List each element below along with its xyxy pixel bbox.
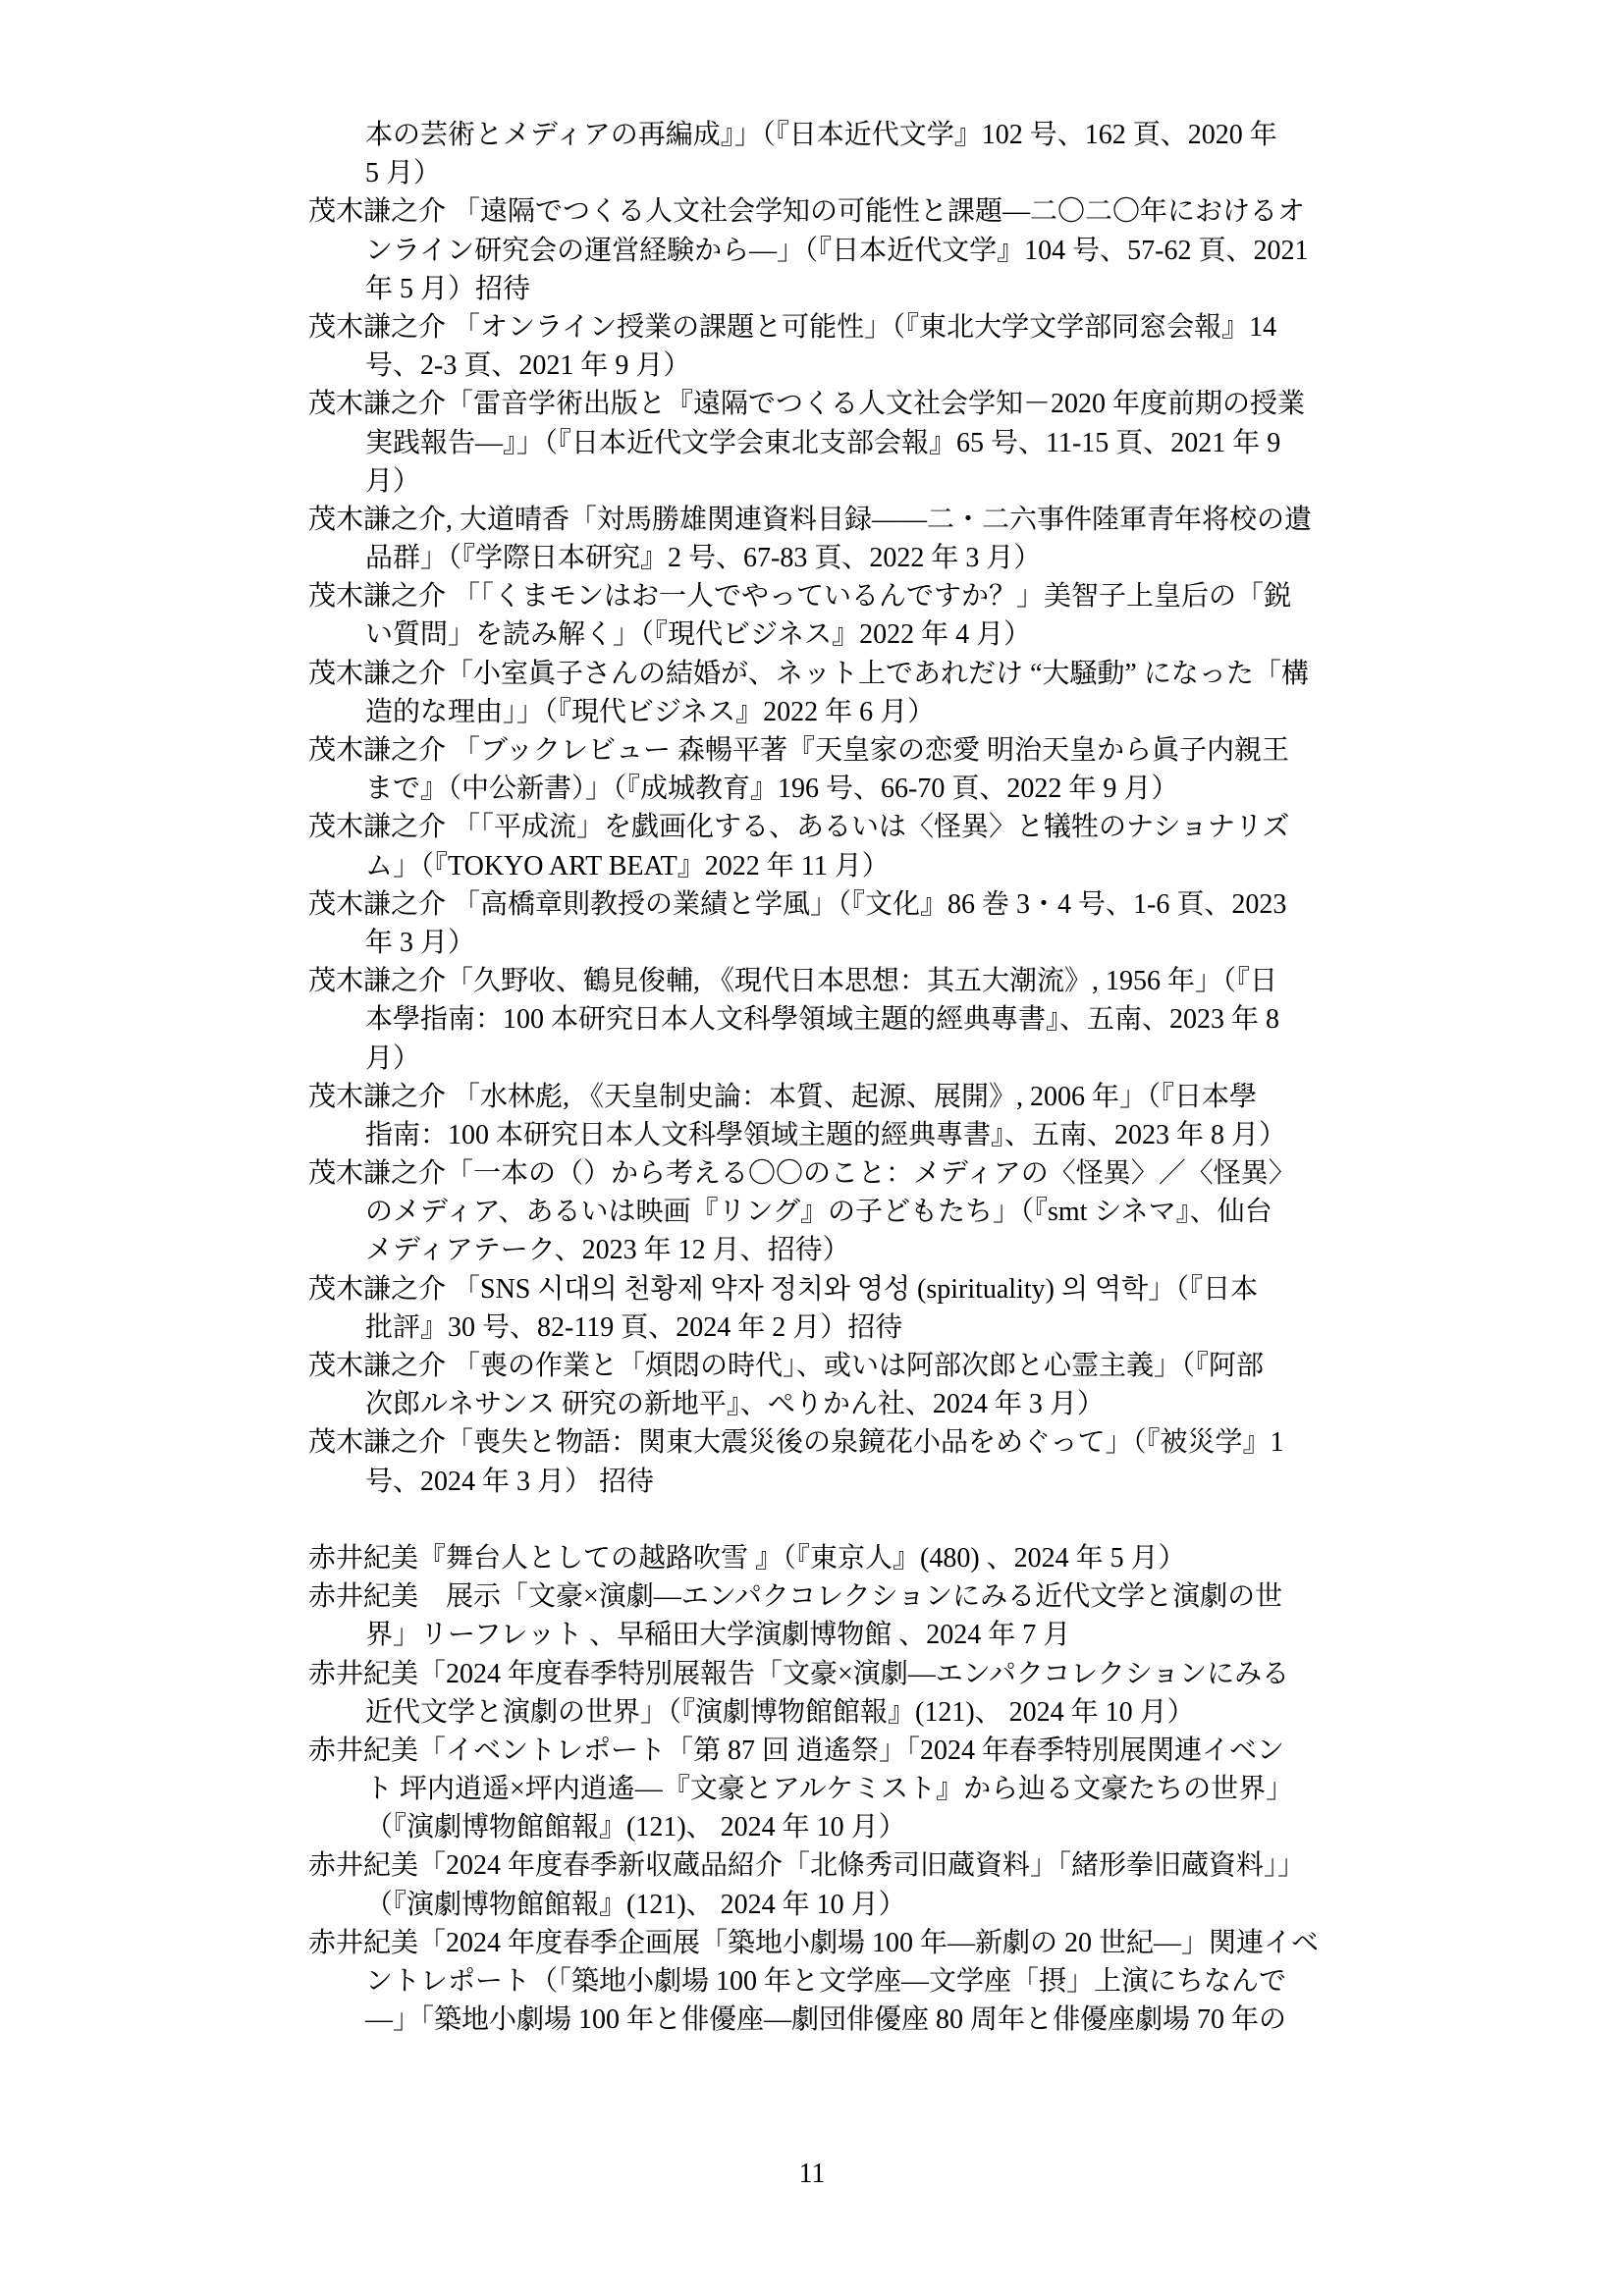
bibliography-entry: 茂木謙之介 「SNS 시대의 천황제 약자 정치와 영성 (spirituali… [308,1270,1394,1347]
bibliography-entry: 茂木謙之介 「遠隔でつくる人文社会学知の可能性と課題―二〇二〇年におけるオ ンラ… [308,192,1394,308]
entry-line: 赤井紀美『舞台人としての越路吹雪 』（『東京人』(480) 、2024 年 5 … [308,1539,1394,1577]
entry-line: 赤井紀美「2024 年度春季特別展報告「文豪×演劇―エンパクコレクションにみる [308,1655,1394,1693]
document-page: 本の芸術とメディアの再編成』」（『日本近代文学』102 号、162 頁、2020… [0,0,1624,2296]
entry-line: 号、2-3 頁、2021 年 9 月） [308,347,1394,385]
bibliography-entry: 本の芸術とメディアの再編成』」（『日本近代文学』102 号、162 頁、2020… [308,116,1394,192]
entry-line: 茂木謙之介 「「平成流」を戯画化する、あるいは〈怪異〉と犠牲のナショナリズ [308,808,1394,846]
entry-line: （『演劇博物館館報』(121)、 2024 年 10 月） [308,1886,1394,1924]
entry-line: 月） [308,1040,1394,1078]
entry-line: 茂木謙之介「喪失と物語：関東大震災後の泉鏡花小品をめぐって」（『被災学』1 [308,1423,1394,1462]
entry-line: 茂木謙之介, 大道晴香「対馬勝雄関連資料目録――二・二六事件陸軍青年将校の遺 [308,501,1394,539]
entry-line: （『演劇博物館館報』(121)、 2024 年 10 月） [308,1808,1394,1846]
entry-line: 茂木謙之介 「高橋章則教授の業績と学風」（『文化』86 巻 3・4 号、1-6 … [308,885,1394,924]
bibliography-entry: 茂木謙之介 「高橋章則教授の業績と学風」（『文化』86 巻 3・4 号、1-6 … [308,885,1394,962]
entry-line: 赤井紀美「2024 年度春季新収蔵品紹介「北條秀司旧蔵資料」「緒形拳旧蔵資料」」 [308,1846,1394,1885]
entry-line: 赤井紀美「2024 年度春季企画展「築地小劇場 100 年―新劇の 20 世紀―… [308,1924,1394,1962]
entry-line: 茂木謙之介 「「くまモンはお一人でやっているんですか？」美智子上皇后の「鋭 [308,577,1394,615]
bibliography-entry: 茂木謙之介 「水林彪, 《天皇制史論：本質、起源、展開》, 2006 年」（『日… [308,1078,1394,1154]
bibliography-entry: 茂木謙之介 「「平成流」を戯画化する、あるいは〈怪異〉と犠牲のナショナリズ ム」… [308,808,1394,884]
entry-line: 赤井紀美「イベントレポート「第 87 回 逍遙祭」「2024 年春季特別展関連イ… [308,1732,1394,1770]
entry-line: 茂木謙之介「一本の（）から考える〇〇のこと：メディアの〈怪異〉／〈怪異〉 [308,1154,1394,1193]
entry-line: 月） [308,462,1394,501]
entry-line: ―」「築地小劇場 100 年と俳優座―劇団俳優座 80 周年と俳優座劇場 70 … [308,2001,1394,2039]
bibliography-entry: 赤井紀美「イベントレポート「第 87 回 逍遙祭」「2024 年春季特別展関連イ… [308,1732,1394,1847]
entry-line: ントレポート（「築地小劇場 100 年と文学座―文学座「摂」上演にちなんで [308,1962,1394,2001]
entry-line: 茂木謙之介「小室眞子さんの結婚が、ネット上であれだけ “大騒動” になった「構 [308,655,1394,693]
entry-line: 茂木謙之介 「水林彪, 《天皇制史論：本質、起源、展開》, 2006 年」（『日… [308,1078,1394,1116]
bibliography-entry: 茂木謙之介「喪失と物語：関東大震災後の泉鏡花小品をめぐって」（『被災学』1 号、… [308,1423,1394,1500]
bibliography-entry: 赤井紀美「2024 年度春季新収蔵品紹介「北條秀司旧蔵資料」「緒形拳旧蔵資料」」… [308,1846,1394,1923]
entry-line: 批評』30 号、82-119 頁、2024 年 2 月）招待 [308,1308,1394,1347]
entry-line: まで』（中公新書）」（『成城教育』196 号、66-70 頁、2022 年 9 … [308,770,1394,808]
bibliography-entry: 茂木謙之介 「オンライン授業の課題と可能性」（『東北大学文学部同窓会報』14 号… [308,308,1394,385]
entry-line: ト 坪内逍遥×坪内逍遙―『文豪とアルケミスト』から辿る文豪たちの世界」 [308,1770,1394,1808]
bibliography-entry: 茂木謙之介「一本の（）から考える〇〇のこと：メディアの〈怪異〉／〈怪異〉 のメデ… [308,1154,1394,1270]
bibliography-list: 本の芸術とメディアの再編成』」（『日本近代文学』102 号、162 頁、2020… [308,116,1394,2039]
entry-line: メディアテーク、2023 年 12 月、招待） [308,1231,1394,1269]
entry-line: ム」（『TOKYO ART BEAT』2022 年 11 月） [308,847,1394,885]
bibliography-entry: 茂木謙之介「雷音学術出版と『遠隔でつくる人文社会学知－2020 年度前期の授業 … [308,385,1394,501]
entry-line: 茂木謙之介 「ブックレビュー 森暢平著『天皇家の恋愛 明治天皇から眞子内親王 [308,731,1394,770]
bibliography-entry: 赤井紀美『舞台人としての越路吹雪 』（『東京人』(480) 、2024 年 5 … [308,1539,1394,1577]
entry-line: ンライン研究会の運営経験から―」（『日本近代文学』104 号、57-62 頁、2… [308,232,1394,270]
bibliography-entry: 赤井紀美 展示「文豪×演劇―エンパクコレクションにみる近代文学と演劇の世 界」リ… [308,1577,1394,1654]
entry-line: 年 5 月）招待 [308,270,1394,308]
entry-line: 品群」（『学際日本研究』2 号、67-83 頁、2022 年 3 月） [308,539,1394,577]
bibliography-entry: 茂木謙之介 「「くまモンはお一人でやっているんですか？」美智子上皇后の「鋭 い質… [308,577,1394,654]
bibliography-entry: 茂木謙之介 「ブックレビュー 森暢平著『天皇家の恋愛 明治天皇から眞子内親王 ま… [308,731,1394,808]
entry-line: 茂木謙之介 「遠隔でつくる人文社会学知の可能性と課題―二〇二〇年におけるオ [308,192,1394,231]
entry-line: 近代文学と演劇の世界」（『演劇博物館館報』(121)、 2024 年 10 月） [308,1693,1394,1732]
bibliography-entry: 茂木謙之介 「喪の作業と「煩悶の時代」、或いは阿部次郎と心霊主義」（『阿部 次郎… [308,1347,1394,1423]
entry-line: 赤井紀美 展示「文豪×演劇―エンパクコレクションにみる近代文学と演劇の世 [308,1577,1394,1616]
entry-line: 茂木謙之介 「オンライン授業の課題と可能性」（『東北大学文学部同窓会報』14 [308,308,1394,347]
entry-line: 本學指南：100 本研究日本人文科學領域主題的經典專書』、五南、2023 年 8 [308,1000,1394,1039]
section-gap [308,1501,1394,1539]
entry-line: い質問」を読み解く」（『現代ビジネス』2022 年 4 月） [308,615,1394,654]
entry-line: 茂木謙之介 「SNS 시대의 천황제 약자 정치와 영성 (spirituali… [308,1270,1394,1308]
bibliography-entry: 赤井紀美「2024 年度春季企画展「築地小劇場 100 年―新劇の 20 世紀―… [308,1924,1394,2040]
entry-line: 界」リーフレット 、早稲田大学演劇博物館 、2024 年 7 月 [308,1616,1394,1654]
bibliography-entry: 茂木謙之介, 大道晴香「対馬勝雄関連資料目録――二・二六事件陸軍青年将校の遺 品… [308,501,1394,577]
entry-line: 次郎ルネサンス 研究の新地平』、ぺりかん社、2024 年 3 月） [308,1385,1394,1423]
entry-line: 茂木謙之介「久野收、鶴見俊輔, 《現代日本思想：其五大潮流》, 1956 年」（… [308,962,1394,1000]
bibliography-entry: 茂木謙之介「小室眞子さんの結婚が、ネット上であれだけ “大騒動” になった「構 … [308,655,1394,731]
entry-line: 年 3 月） [308,924,1394,962]
entry-line: 指南：100 本研究日本人文科學領域主題的經典專書』、五南、2023 年 8 月… [308,1116,1394,1154]
entry-line: 号、2024 年 3 月） 招待 [308,1463,1394,1501]
entry-line: のメディア、あるいは映画『リング』の子どもたち」（『smt シネマ』、仙台 [308,1193,1394,1231]
entry-line: 5 月） [308,154,1394,192]
entry-line: 造的な理由」」（『現代ビジネス』2022 年 6 月） [308,693,1394,731]
bibliography-entry: 赤井紀美「2024 年度春季特別展報告「文豪×演劇―エンパクコレクションにみる … [308,1655,1394,1732]
bibliography-entry: 茂木謙之介「久野收、鶴見俊輔, 《現代日本思想：其五大潮流》, 1956 年」（… [308,962,1394,1078]
page-number: 11 [0,2155,1624,2194]
entry-line: 茂木謙之介「雷音学術出版と『遠隔でつくる人文社会学知－2020 年度前期の授業 [308,385,1394,423]
entry-line: 茂木謙之介 「喪の作業と「煩悶の時代」、或いは阿部次郎と心霊主義」（『阿部 [308,1347,1394,1385]
entry-line: 実践報告―』」（『日本近代文学会東北支部会報』65 号、11-15 頁、2021… [308,424,1394,462]
entry-line: 本の芸術とメディアの再編成』」（『日本近代文学』102 号、162 頁、2020… [308,116,1394,154]
